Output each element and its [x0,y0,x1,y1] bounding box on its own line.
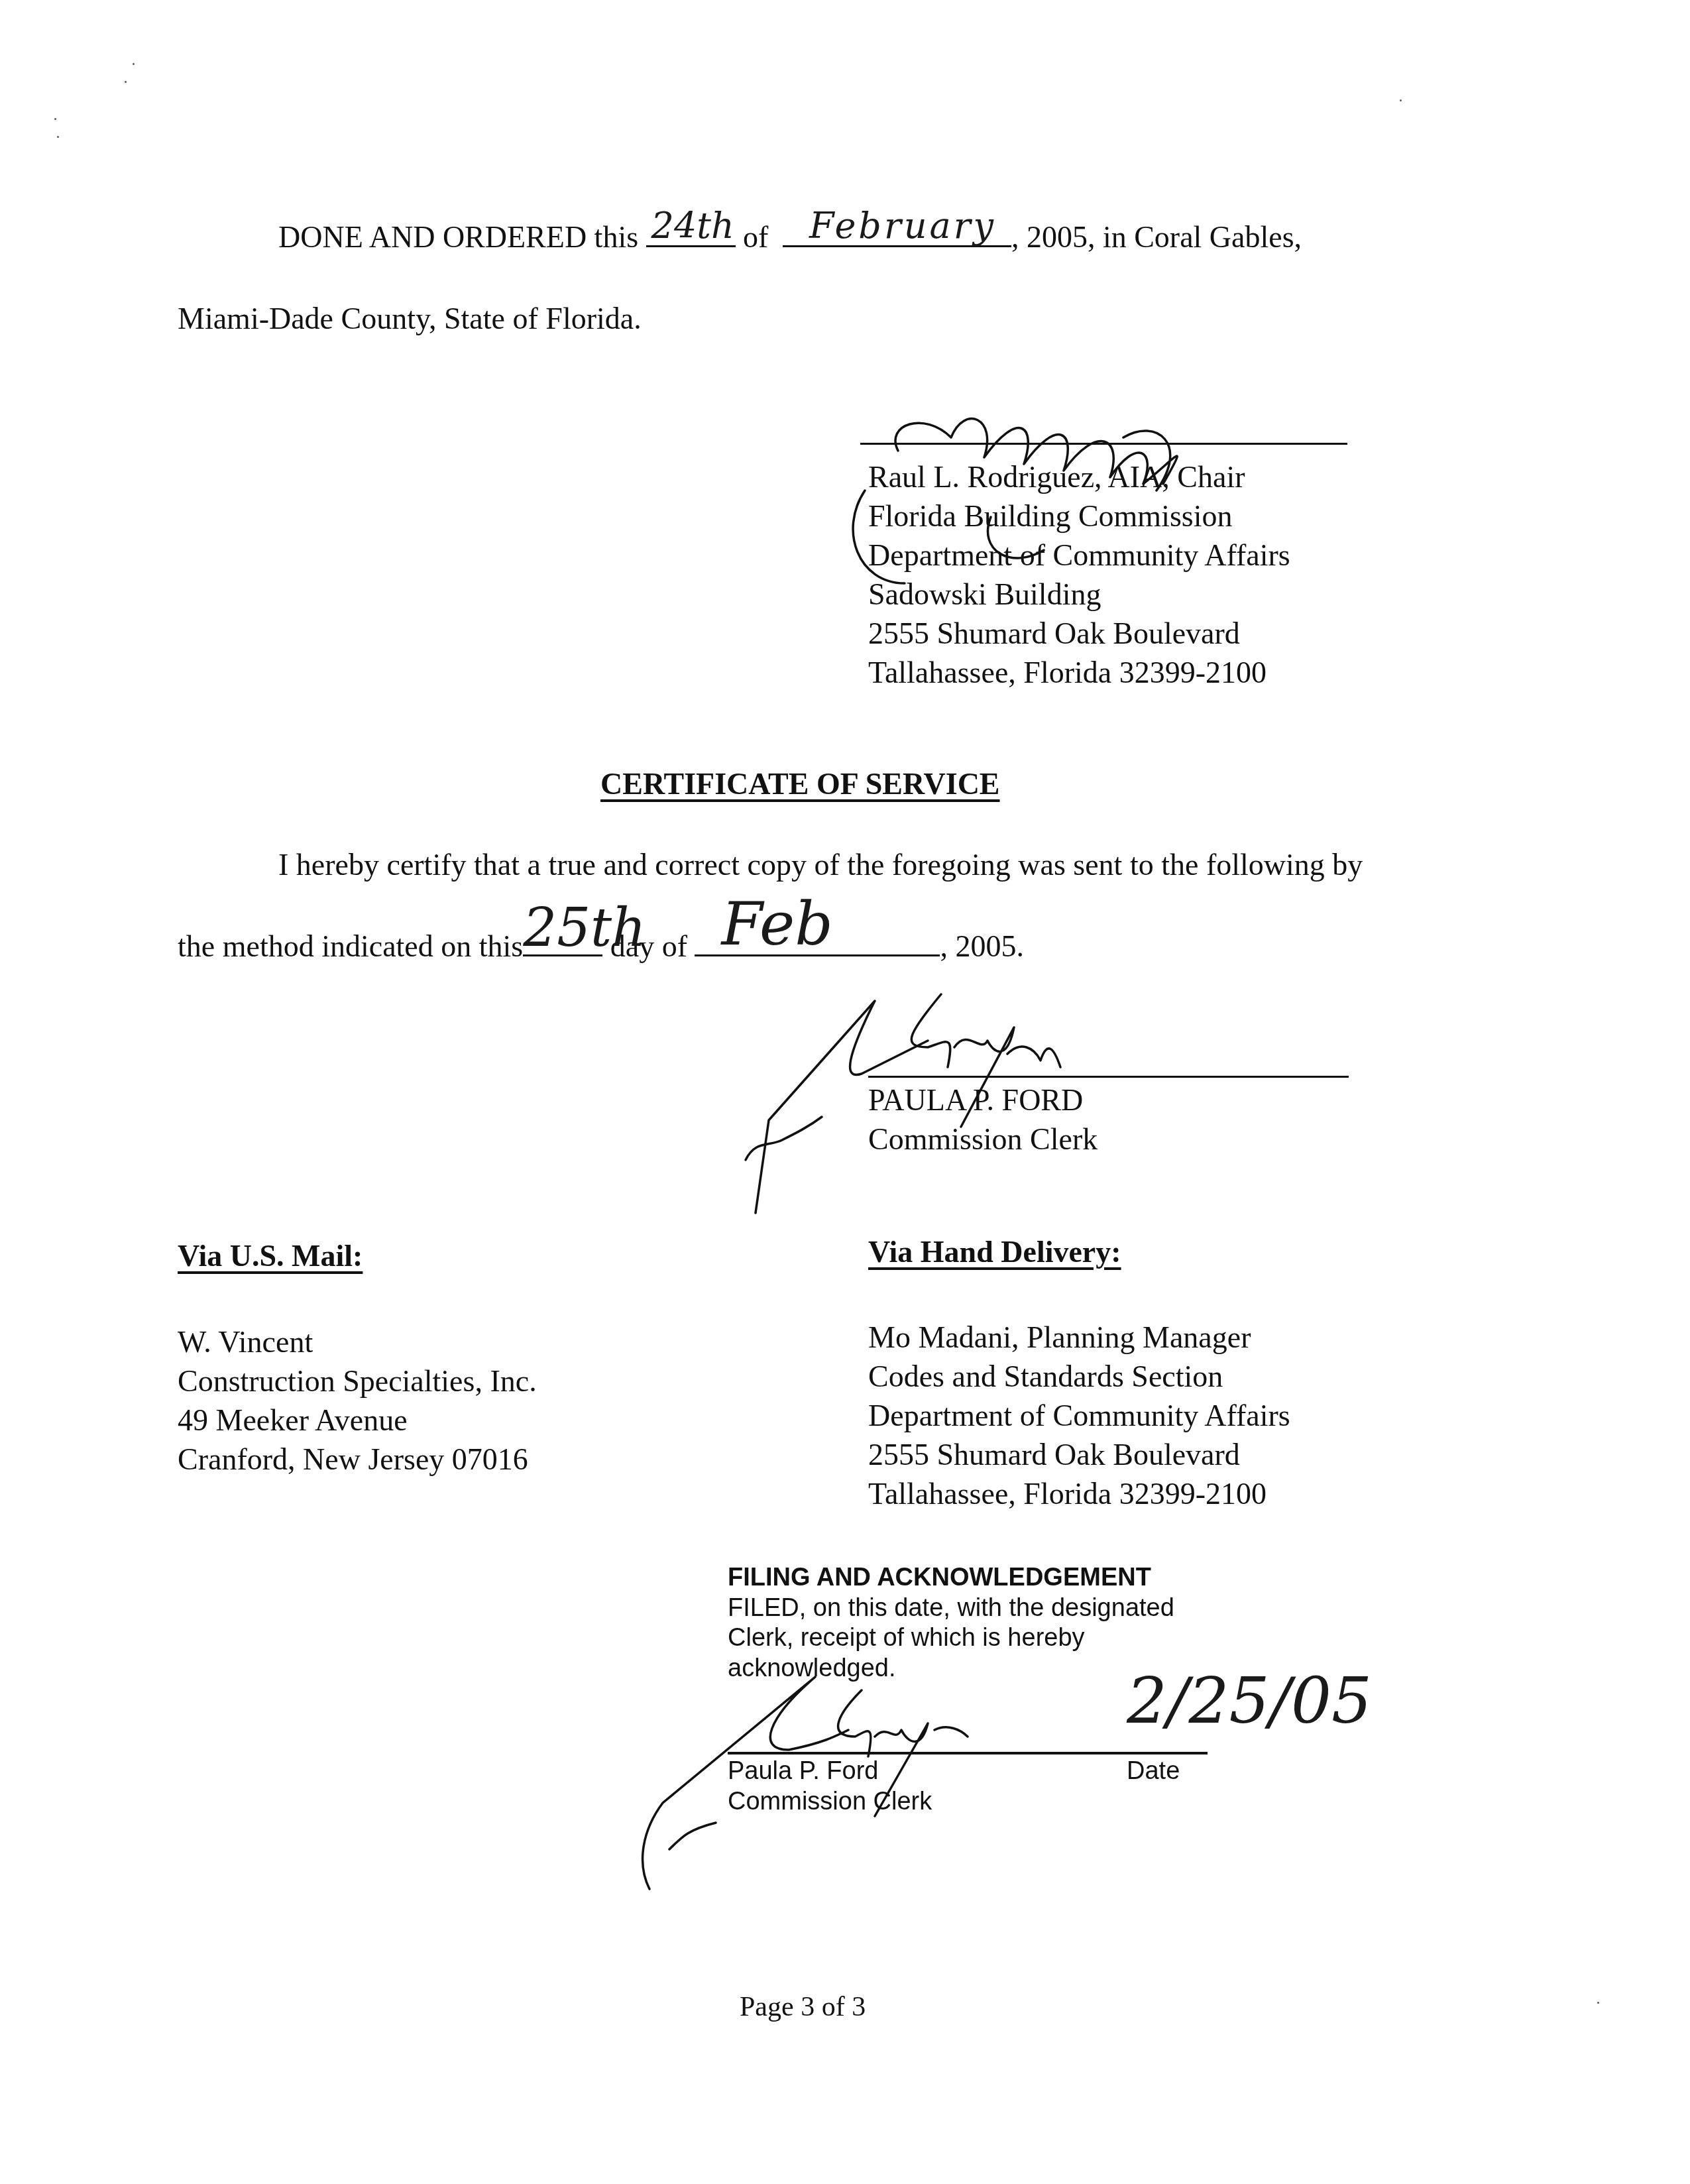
order-suffix: , 2005, in Coral Gables, [1011,220,1302,254]
certificate-heading: CERTIFICATE OF SERVICE [600,769,1000,799]
filing-signer-name: Paula P. Ford [728,1756,932,1787]
chair-department: Department of Community Affairs [868,536,1290,575]
hand-recipient-department: Department of Community Affairs [868,1396,1290,1435]
clerk-signature-line [868,1076,1349,1078]
order-line-2: Miami-Dade County, State of Florida. [178,304,642,334]
filing-signer-title: Commission Clerk [728,1787,932,1817]
scan-speck [57,136,59,138]
scan-speck [1400,99,1402,101]
order-line-1: DONE AND ORDERED this 24th of February ,… [278,222,1302,253]
chair-street: 2555 Shumard Oak Boulevard [868,614,1290,653]
certificate-day-handwritten: 25th [523,901,646,954]
hand-recipient: Mo Madani, Planning Manager Codes and St… [868,1318,1290,1513]
certificate-line-2-suffix: , 2005. [940,929,1024,963]
order-day-blank: 24th [646,245,736,247]
scan-speck [54,118,56,120]
order-month-handwritten: February [809,208,996,244]
order-month-blank: February [783,245,1011,247]
mail-recipient-company: Construction Specialties, Inc. [178,1361,537,1401]
filing-signer: Paula P. Ford Commission Clerk [728,1756,932,1817]
certificate-month-handwritten: Feb [721,895,832,954]
order-prefix: DONE AND ORDERED this [278,220,638,254]
mail-recipient-street: 49 Meeker Avenue [178,1401,537,1440]
filing-date-line [974,1752,1208,1754]
mail-recipient-name: W. Vincent [178,1322,537,1361]
order-of: of [743,220,768,254]
order-day-handwritten: 24th [651,208,734,244]
hand-recipient-street: 2555 Shumard Oak Boulevard [868,1435,1290,1474]
scan-speck [133,63,135,65]
certificate-line-1: I hereby certify that a true and correct… [278,850,1363,880]
chair-building: Sadowski Building [868,575,1290,614]
filing-stamp-line-2: Clerk, receipt of which is hereby [728,1623,1174,1654]
hand-recipient-name: Mo Madani, Planning Manager [868,1318,1290,1357]
hand-heading: Via Hand Delivery: [868,1237,1121,1267]
page-number: Page 3 of 3 [740,1991,866,2023]
clerk-signature-block: PAULA P. FORD Commission Clerk [868,1080,1098,1159]
certificate-day-blank: 25th [523,954,602,956]
certificate-month-blank: Feb [695,954,940,956]
chair-city: Tallahassee, Florida 32399-2100 [868,653,1290,692]
clerk-title: Commission Clerk [868,1120,1098,1159]
clerk-name: PAULA P. FORD [868,1080,1098,1120]
hand-recipient-section: Codes and Standards Section [868,1357,1290,1396]
mail-heading: Via U.S. Mail: [178,1241,363,1271]
certificate-line-2: the method indicated on this 25th day of… [178,931,1024,962]
chair-signature-block: Raul L. Rodriguez, AIA, Chair Florida Bu… [868,457,1290,692]
filing-stamp-line-1: FILED, on this date, with the designated [728,1593,1174,1624]
certificate-line-2-prefix: the method indicated on this [178,929,523,963]
filing-date-handwritten: 2/25/05 [1127,1664,1372,1738]
scan-speck [125,81,127,83]
scan-speck [1597,2002,1599,2004]
hand-recipient-city: Tallahassee, Florida 32399-2100 [868,1474,1290,1513]
filing-date-label: Date [1127,1756,1180,1787]
filing-stamp-title: FILING AND ACKNOWLEDGEMENT [728,1563,1174,1593]
mail-recipient-city: Cranford, New Jersey 07016 [178,1440,537,1479]
chair-commission: Florida Building Commission [868,496,1290,536]
mail-recipient: W. Vincent Construction Specialties, Inc… [178,1322,537,1479]
chair-name: Raul L. Rodriguez, AIA, Chair [868,457,1290,496]
chair-signature-line [860,443,1347,445]
filing-signature-line [728,1752,974,1754]
